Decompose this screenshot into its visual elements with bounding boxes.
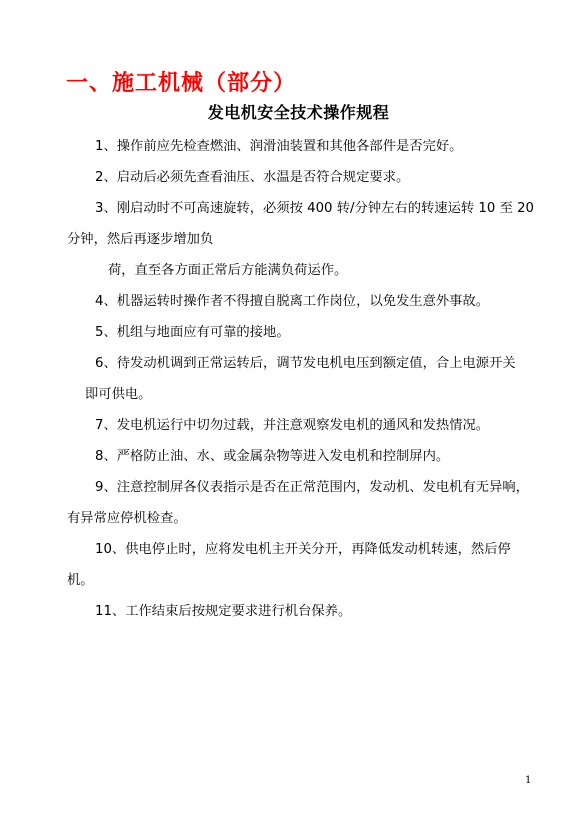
procedure-line: 即可供电。: [85, 387, 151, 403]
procedure-line: 5、机组与地面应有可靠的接地。: [95, 325, 290, 341]
procedure-line: 1、操作前应先检查燃油、润滑油装置和其他各部件是否完好。: [95, 139, 462, 155]
procedure-line: 分钟，然后再逐步增加负: [67, 232, 213, 248]
procedure-line: 11、工作结束后按规定要求进行机台保养。: [95, 604, 351, 620]
section-heading: 一、施工机械（部分）: [66, 66, 296, 97]
document-title: 发电机安全技术操作规程: [0, 100, 581, 123]
procedure-line: 4、机器运转时操作者不得擅自脱离工作岗位，以免发生意外事故。: [95, 294, 489, 310]
procedure-line: 9、注意控制屏各仪表指示是否在正常范围内，发动机、发电机有无异响，: [95, 480, 529, 496]
procedure-line: 2、启动后必须先查看油压、水温是否符合规定要求。: [95, 170, 409, 186]
document-page: 一、施工机械（部分） 发电机安全技术操作规程 1、操作前应先检查燃油、润滑油装置…: [0, 0, 581, 829]
procedure-line: 10、供电停止时，应将发电机主开关分开，再降低发动机转速，然后停: [95, 542, 511, 558]
procedure-line: 荷，直至各方面正常后方能满负荷运作。: [108, 263, 347, 279]
procedure-line: 6、待发动机调到正常运转后，调节发电机电压到额定值，合上电源开关: [95, 356, 516, 372]
page-number: 1: [525, 775, 531, 786]
procedure-line: 7、发电机运行中切勿过载，并注意观察发电机的通风和发热情况。: [95, 418, 489, 434]
procedure-line: 8、严格防止油、水、或金属杂物等进入发电机和控制屏内。: [95, 449, 449, 465]
procedure-line: 有异常应停机检查。: [67, 511, 187, 527]
procedure-line: 机。: [67, 573, 94, 589]
procedure-line: 3、刚启动时不可高速旋转，必须按 400 转/分钟左右的转速运转 10 至 20: [95, 201, 534, 217]
